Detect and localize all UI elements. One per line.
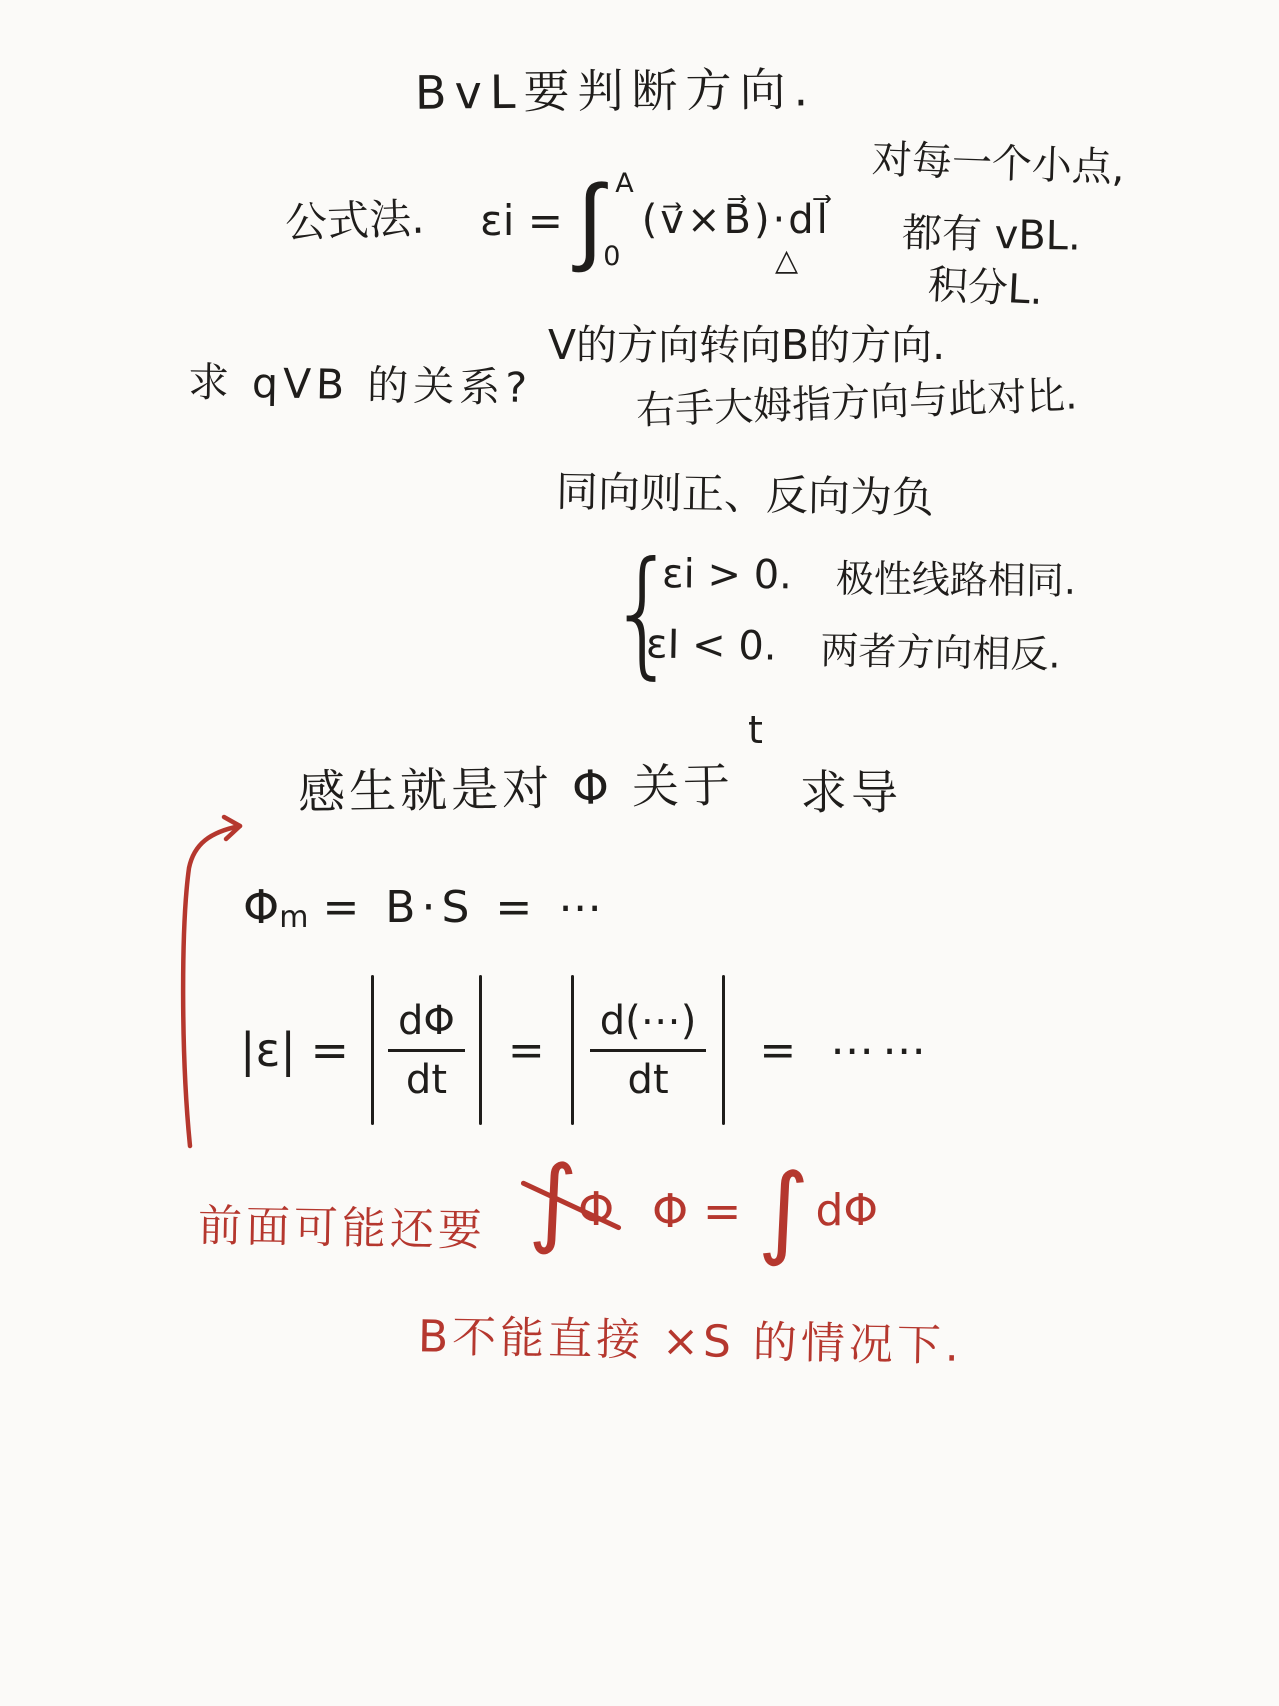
method-label: 公式法. <box>284 186 425 251</box>
right-hand-rule-note: 右手大姆指方向与此对比. <box>635 364 1078 435</box>
abs-bar <box>571 975 574 1125</box>
side-note-line1: 对每一个小点, <box>871 128 1126 194</box>
case-negative-result: 两者方向相反. <box>820 619 1061 678</box>
qvb-question: 求 qVB 的关系? <box>188 349 533 414</box>
case-positive: εi > 0. 极性线路相同. <box>662 546 1076 605</box>
equals-sign: = <box>508 1025 545 1076</box>
v-direction-note: V的方向转向B的方向. <box>548 312 945 371</box>
flux-integral-identity: Φ = ∫ dΦ <box>652 1168 878 1253</box>
emf-derivative-formula: |ε| = dΦ dt = d(⋯) dt = ⋯⋯ <box>240 975 934 1125</box>
case-negative-condition: εI < 0. <box>646 621 777 669</box>
red-note-maybe-need: 前面可能还要 <box>197 1189 486 1258</box>
side-note-line3: 积分L. <box>927 253 1045 316</box>
integrand: (v⃗×B⃗)·dl⃗ <box>642 197 831 243</box>
handwritten-note-page: BvL要判断方向. 公式法. εi = ∫ A 0 (v⃗×B⃗)·dl⃗ △ … <box>0 0 1279 1706</box>
induced-heading-tail: 求导 <box>800 756 902 823</box>
abs-bar <box>722 975 725 1125</box>
flux-phi: Φ <box>243 880 279 934</box>
integral-upper-limit: A <box>615 168 633 199</box>
red-integrand: dΦ <box>815 1185 878 1236</box>
integral-sign: ∫ <box>577 179 603 261</box>
red-note-condition: B不能直接 ×S 的情况下. <box>417 1300 963 1374</box>
induced-heading-pre: 感生就是对 Φ 关于 <box>297 748 734 823</box>
sign-rule-note: 同向则正、反向为负 <box>556 459 935 526</box>
side-note-line2: 都有 vBL. <box>902 201 1082 261</box>
fraction2-denominator: dt <box>628 1052 669 1102</box>
integral-limits: A 0 <box>605 168 623 272</box>
equals-sign: = <box>759 1025 796 1076</box>
page-title: BvL要判断方向. <box>415 53 817 122</box>
case-positive-result: 极性线路相同. <box>836 548 1077 605</box>
emf-lhs: εi = <box>480 196 563 245</box>
case-negative: εI < 0. 两者方向相反. <box>646 616 1062 678</box>
fraction2-numerator: d(⋯) <box>590 999 707 1052</box>
red-integral-sign: ∫ <box>757 1168 809 1253</box>
abs-bar <box>371 975 374 1125</box>
fraction-d-dots-dt: d(⋯) dt <box>590 999 707 1102</box>
integral-lower-limit: 0 <box>603 241 621 272</box>
crossed-integral-sign: ∫ <box>528 1158 578 1244</box>
flux-subscript: m <box>279 900 308 935</box>
delta-annotation: △ <box>775 243 798 278</box>
fraction1-denominator: dt <box>406 1052 447 1102</box>
flux-formula: Φ m = B·S = ⋯ <box>243 880 608 934</box>
crossed-out-integral: ∫ Φ <box>528 1158 614 1244</box>
abs-bar <box>479 975 482 1125</box>
phi-equals: Φ = <box>652 1184 741 1238</box>
emf-abs-lhs: |ε| = <box>240 1023 349 1077</box>
flux-rest: = B·S = ⋯ <box>322 882 608 933</box>
induced-heading-superscript-t: t <box>748 708 763 752</box>
case-positive-condition: εi > 0. <box>662 551 792 598</box>
fraction-dphi-dt: dΦ dt <box>388 999 465 1102</box>
trailing-dots: ⋯⋯ <box>830 1025 934 1076</box>
fraction1-numerator: dΦ <box>388 999 465 1052</box>
